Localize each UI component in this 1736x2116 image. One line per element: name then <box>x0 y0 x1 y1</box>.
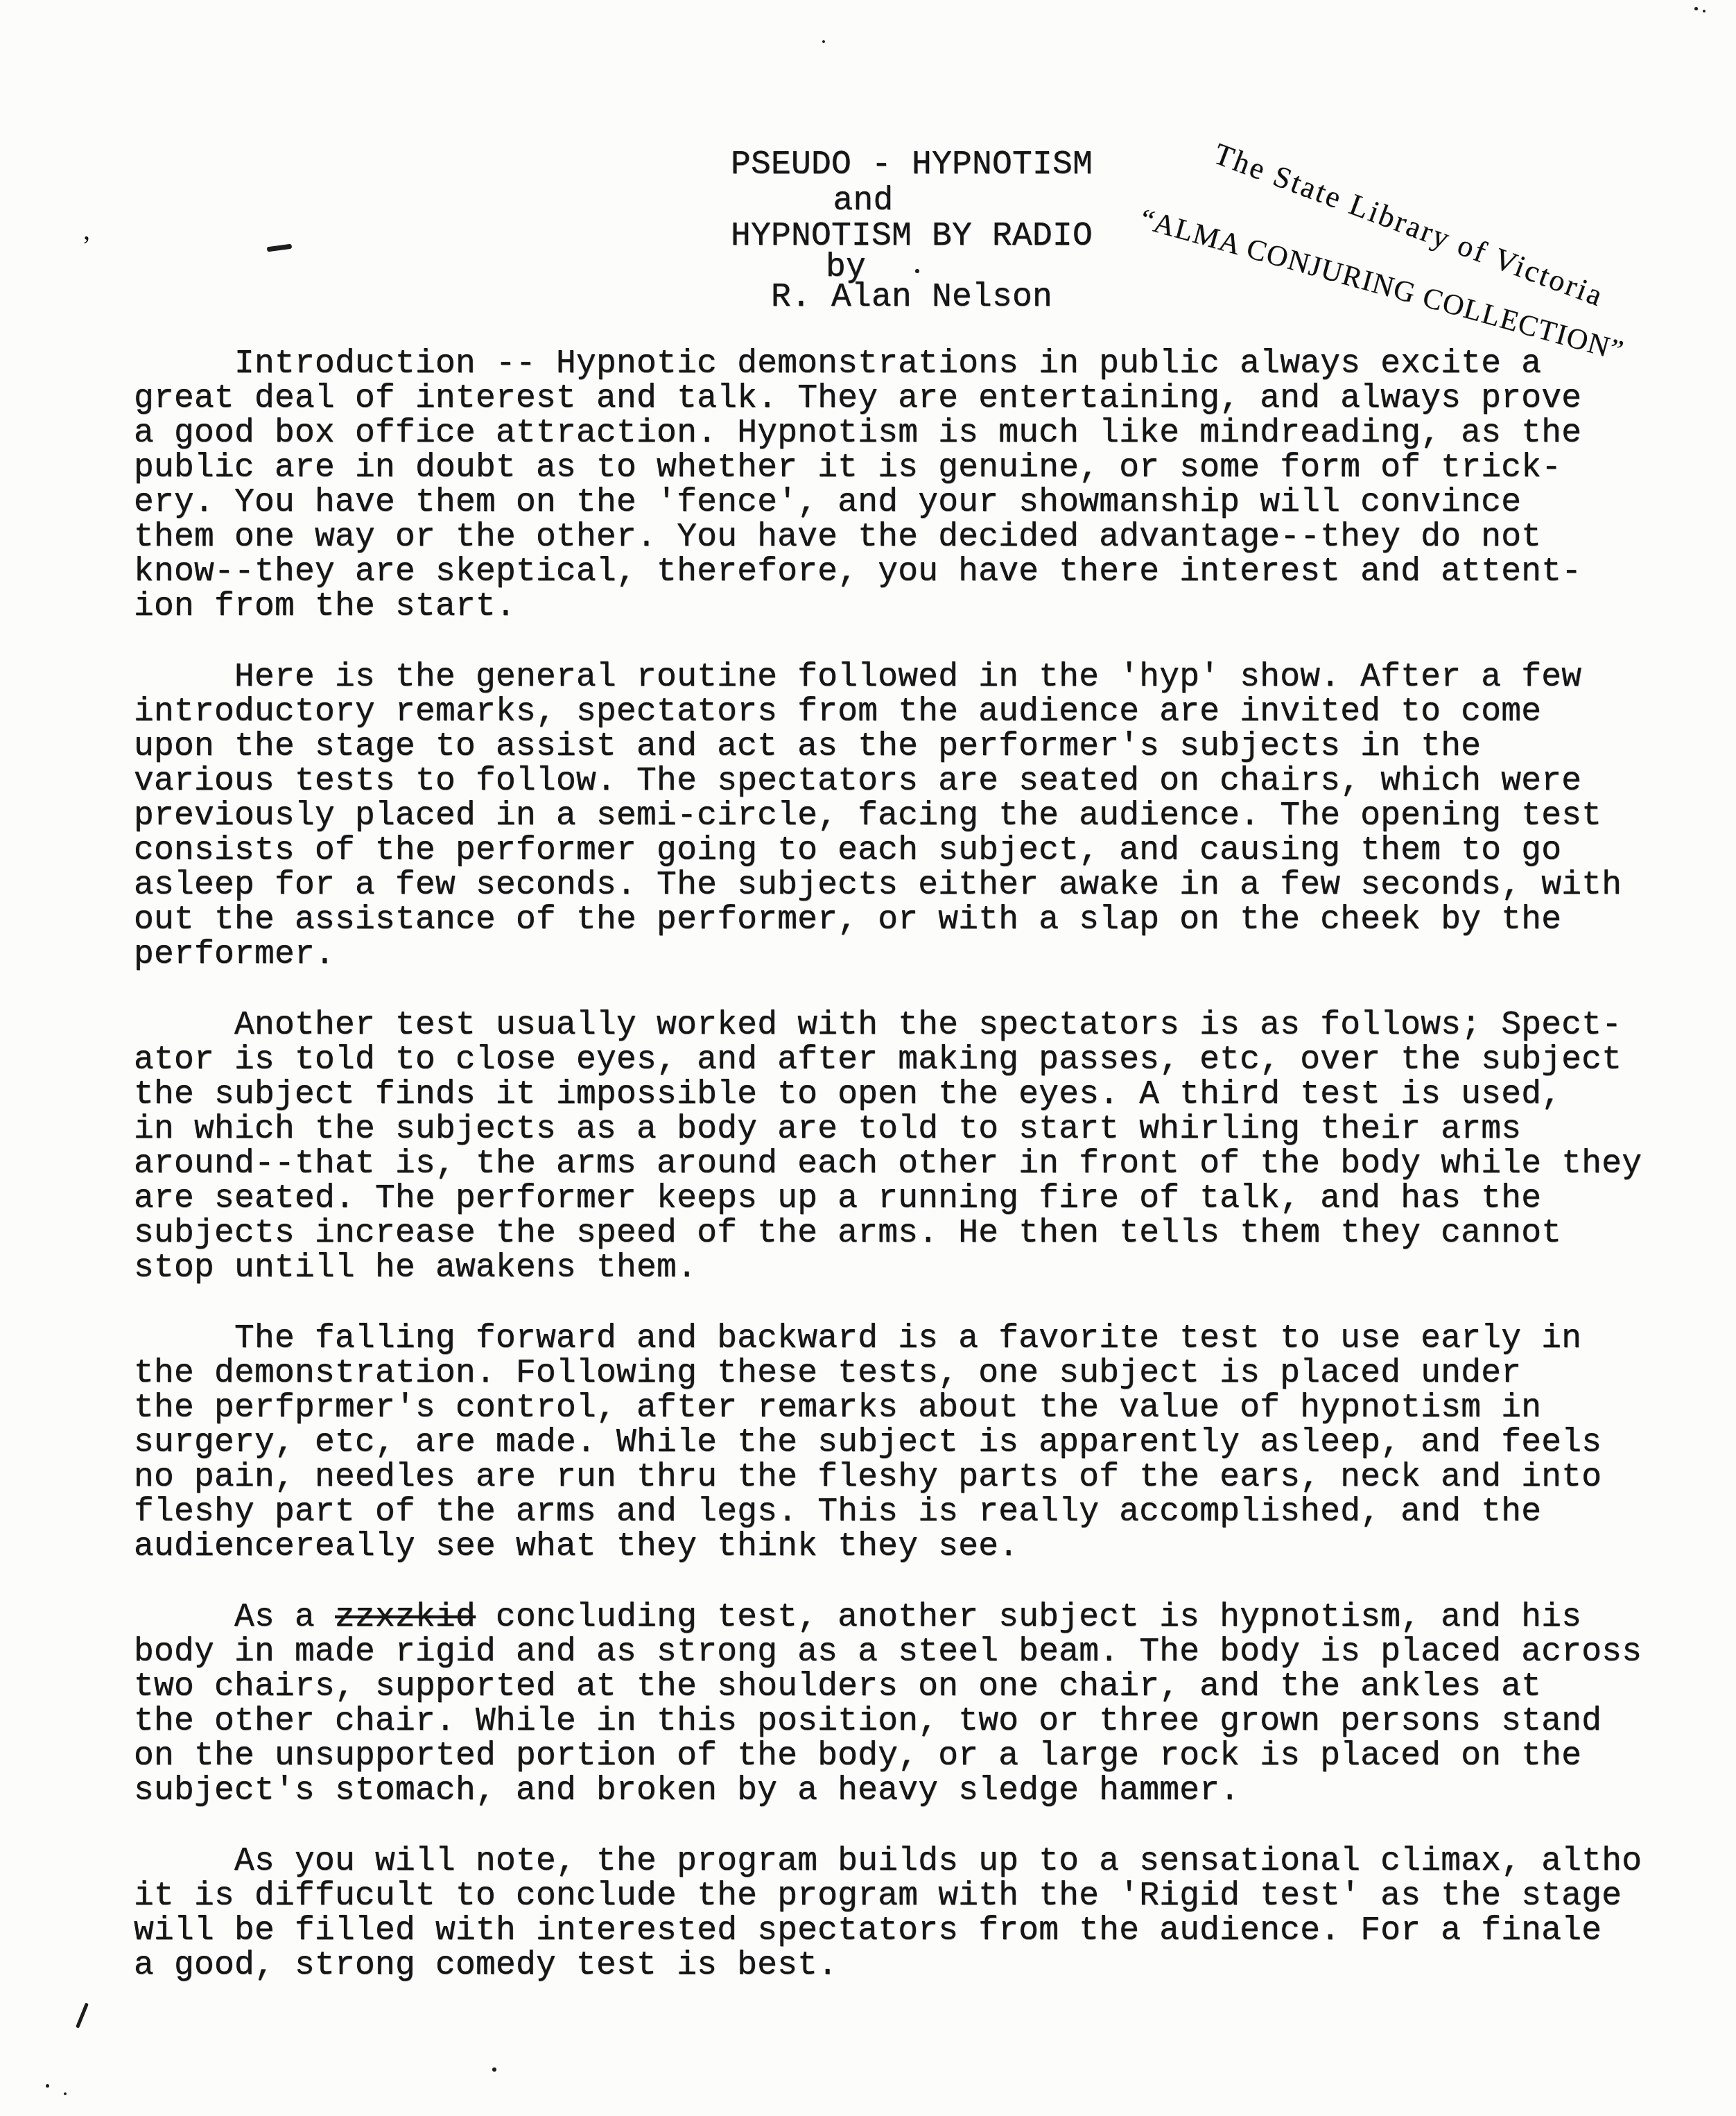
paragraph-rigid-test: As a zzxzkid concluding test, another su… <box>134 1600 1721 1808</box>
ink-artifact <box>915 269 919 273</box>
paragraph-introduction: Introduction -- Hypnotic demonstrations … <box>134 347 1721 624</box>
paragraph-falling-test-text: The falling forward and backward is a fa… <box>134 1320 1602 1566</box>
ink-artifact <box>64 2092 67 2095</box>
ink-artifact <box>492 2067 496 2072</box>
scanned-document-page: PSEUDO - HYPNOTISM and HYPNOTISM BY RADI… <box>0 0 1736 2116</box>
struck-out-word: zzxzkid <box>335 1599 476 1636</box>
ink-artifact <box>1694 7 1698 10</box>
doc-title-line-1: PSEUDO - HYPNOTISM <box>711 147 1113 184</box>
ink-artifact: ’ <box>82 229 91 261</box>
pencil-artifact <box>76 2002 89 2028</box>
paragraph-falling-test: The falling forward and backward is a fa… <box>134 1321 1721 1564</box>
title-block: PSEUDO - HYPNOTISM and HYPNOTISM BY RADI… <box>711 147 1113 315</box>
ink-artifact <box>267 244 293 252</box>
paragraph-closing: As you will note, the program builds up … <box>134 1844 1721 1983</box>
ink-artifact <box>46 2084 49 2088</box>
ink-artifact <box>822 40 825 43</box>
doc-title-line-3: HYPNOTISM BY RADIO <box>711 218 1113 255</box>
rigid-test-lead: As a <box>134 1599 335 1636</box>
paragraph-other-tests: Another test usually worked with the spe… <box>134 1008 1721 1285</box>
doc-title-byline: by <box>645 255 1047 280</box>
paragraph-routine: Here is the general routine followed in … <box>134 660 1721 972</box>
document-body: Introduction -- Hypnotic demonstrations … <box>134 347 1721 2019</box>
ink-artifact <box>1703 10 1705 12</box>
doc-title-line-2: and <box>662 184 1064 218</box>
doc-author-name: R. Alan Nelson <box>711 280 1113 315</box>
